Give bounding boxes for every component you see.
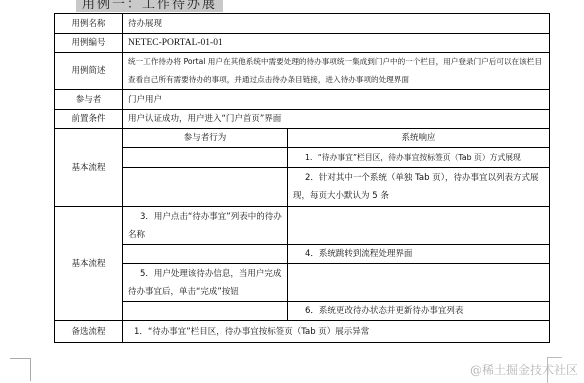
label-description: 用例简述 — [55, 53, 123, 90]
flow-actor-cell — [123, 302, 288, 321]
label-precondition: 前置条件 — [55, 110, 123, 129]
flow-actor-cell — [123, 148, 288, 168]
flow-step-row: 基本流程 3．用户点击“待办事宜”列表中的待办名称 — [55, 207, 550, 245]
value-actor: 门户用户 — [123, 90, 550, 110]
flow-system-cell — [288, 264, 550, 302]
flow-step-row: 1．“待办事宜”栏目区，待办事宜按标签页（Tab 页）方式展现 — [55, 148, 550, 168]
flow-system-cell — [288, 207, 550, 245]
flow-step-row: 2．针对其中一个系统（单独 Tab 页），待办事宜以列表方式展现，每页大小默认为… — [55, 168, 550, 207]
row-actor: 参与者 门户用户 — [55, 90, 550, 110]
flow-actor-cell — [123, 168, 288, 207]
flow-step-row: 5．用户处理该待办信息，当用户完成待办事宜后，单击“完成”按钮 — [55, 264, 550, 302]
row-basic-flow-header: 基本流程 参与者行为 系统响应 — [55, 129, 550, 148]
row-precondition: 前置条件 用户认证成功，用户进入“门户首页”界面 — [55, 110, 550, 129]
value-use-case-id: NETEC-PORTAL-01-01 — [123, 34, 550, 53]
label-basic-flow-1: 基本流程 — [55, 129, 123, 207]
row-use-case-name: 用例名称 待办展现 — [55, 14, 550, 34]
value-precondition: 用户认证成功，用户进入“门户首页”界面 — [123, 110, 550, 129]
section-heading-banner: 用例一：工作待办展现 — [76, 0, 223, 12]
flow-step-row: 6．系统更改待办状态并更新待办事宜列表 — [55, 302, 550, 321]
row-alt-flow: 备选流程 1．“待办事宜”栏目区，待办事宜按标签页（Tab 页）展示异常 — [55, 321, 550, 343]
label-actor: 参与者 — [55, 90, 123, 110]
row-description: 用例简述 统一工作待办将 Portal 用户在其他系统中需要处理的待办事项统一集… — [55, 53, 550, 90]
flow-actor-cell: 3．用户点击“待办事宜”列表中的待办名称 — [123, 207, 288, 245]
flow-actor-cell: 5．用户处理该待办信息，当用户完成待办事宜后，单击“完成”按钮 — [123, 264, 288, 302]
label-basic-flow-2: 基本流程 — [55, 207, 123, 321]
col-header-system: 系统响应 — [288, 129, 550, 148]
flow-system-cell: 2．针对其中一个系统（单独 Tab 页），待办事宜以列表方式展现，每页大小默认为… — [288, 168, 550, 207]
flow-step-row: 4．系统跳转到流程处理界面 — [55, 245, 550, 264]
use-case-table: 用例名称 待办展现 用例编号 NETEC-PORTAL-01-01 用例简述 统… — [54, 13, 550, 343]
row-use-case-id: 用例编号 NETEC-PORTAL-01-01 — [55, 34, 550, 53]
watermark: @稀土掘金技术社区 — [470, 361, 578, 378]
section-heading: 用例一：工作待办展现 — [76, 0, 223, 12]
label-alt-flow: 备选流程 — [55, 321, 123, 343]
value-use-case-name: 待办展现 — [123, 14, 550, 34]
flow-system-cell: 1．“待办事宜”栏目区，待办事宜按标签页（Tab 页）方式展现 — [288, 148, 550, 168]
label-use-case-id: 用例编号 — [55, 34, 123, 53]
col-header-actor: 参与者行为 — [123, 129, 288, 148]
page-corner-mark-left — [10, 358, 31, 381]
label-use-case-name: 用例名称 — [55, 14, 123, 34]
flow-system-cell: 6．系统更改待办状态并更新待办事宜列表 — [288, 302, 550, 321]
flow-actor-cell — [123, 245, 288, 264]
value-description: 统一工作待办将 Portal 用户在其他系统中需要处理的待办事项统一集成到门户中… — [123, 53, 550, 90]
flow-system-cell: 4．系统跳转到流程处理界面 — [288, 245, 550, 264]
value-alt-flow: 1．“待办事宜”栏目区，待办事宜按标签页（Tab 页）展示异常 — [123, 321, 550, 343]
